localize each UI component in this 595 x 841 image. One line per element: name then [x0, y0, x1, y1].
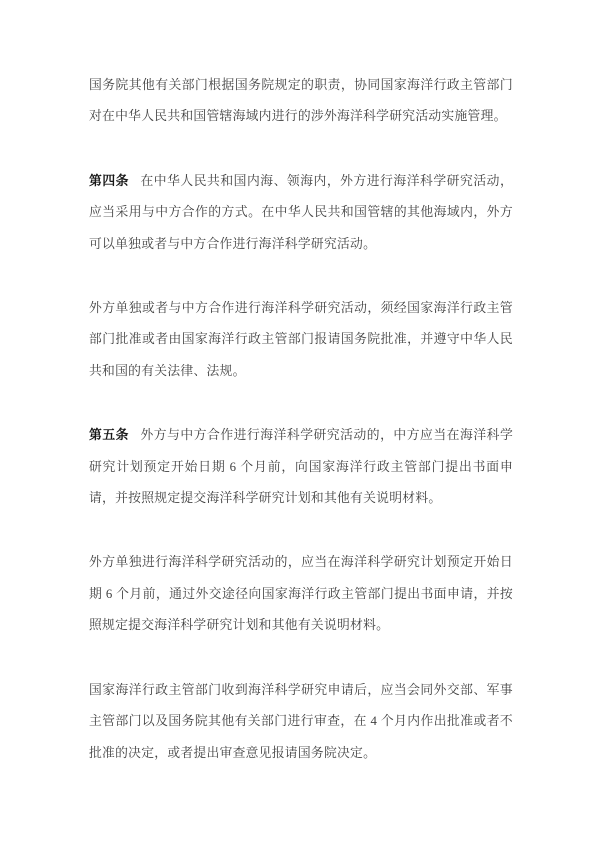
paragraph: 第四条在中华人民共和国内海、领海内，外方进行海洋科学研究活动，应当采用与中方合作… — [89, 166, 513, 260]
paragraph: 国务院其他有关部门根据国务院规定的职责，协同国家海洋行政主管部门对在中华人民共和… — [89, 70, 513, 133]
paragraph-text: 国务院其他有关部门根据国务院规定的职责，协同国家海洋行政主管部门对在中华人民共和… — [89, 78, 513, 123]
paragraph-text: 外方单独或者与中方合作进行海洋科学研究活动，须经国家海洋行政主管部门批准或者由国… — [89, 301, 513, 378]
paragraph-text: 外方与中方合作进行海洋科学研究活动的，中方应当在海洋科学研究计划预定开始日期 6… — [89, 428, 513, 505]
paragraph: 国家海洋行政主管部门收到海洋科学研究申请后，应当会同外交部、军事主管部门以及国务… — [89, 675, 513, 769]
paragraph-text: 在中华人民共和国内海、领海内，外方进行海洋科学研究活动，应当采用与中方合作的方式… — [89, 174, 513, 251]
article-label: 第四条 — [89, 174, 129, 188]
paragraph-text: 外方单独进行海洋科学研究活动的，应当在海洋科学研究计划预定开始日期 6 个月前，… — [89, 555, 513, 632]
paragraph: 外方单独进行海洋科学研究活动的，应当在海洋科学研究计划预定开始日期 6 个月前，… — [89, 547, 513, 641]
paragraph-text: 国家海洋行政主管部门收到海洋科学研究申请后，应当会同外交部、军事主管部门以及国务… — [89, 683, 513, 760]
paragraph: 第五条外方与中方合作进行海洋科学研究活动的，中方应当在海洋科学研究计划预定开始日… — [89, 420, 513, 514]
paragraph: 外方单独或者与中方合作进行海洋科学研究活动，须经国家海洋行政主管部门批准或者由国… — [89, 293, 513, 387]
document-page: 国务院其他有关部门根据国务院规定的职责，协同国家海洋行政主管部门对在中华人民共和… — [0, 0, 595, 841]
article-label: 第五条 — [89, 428, 129, 442]
